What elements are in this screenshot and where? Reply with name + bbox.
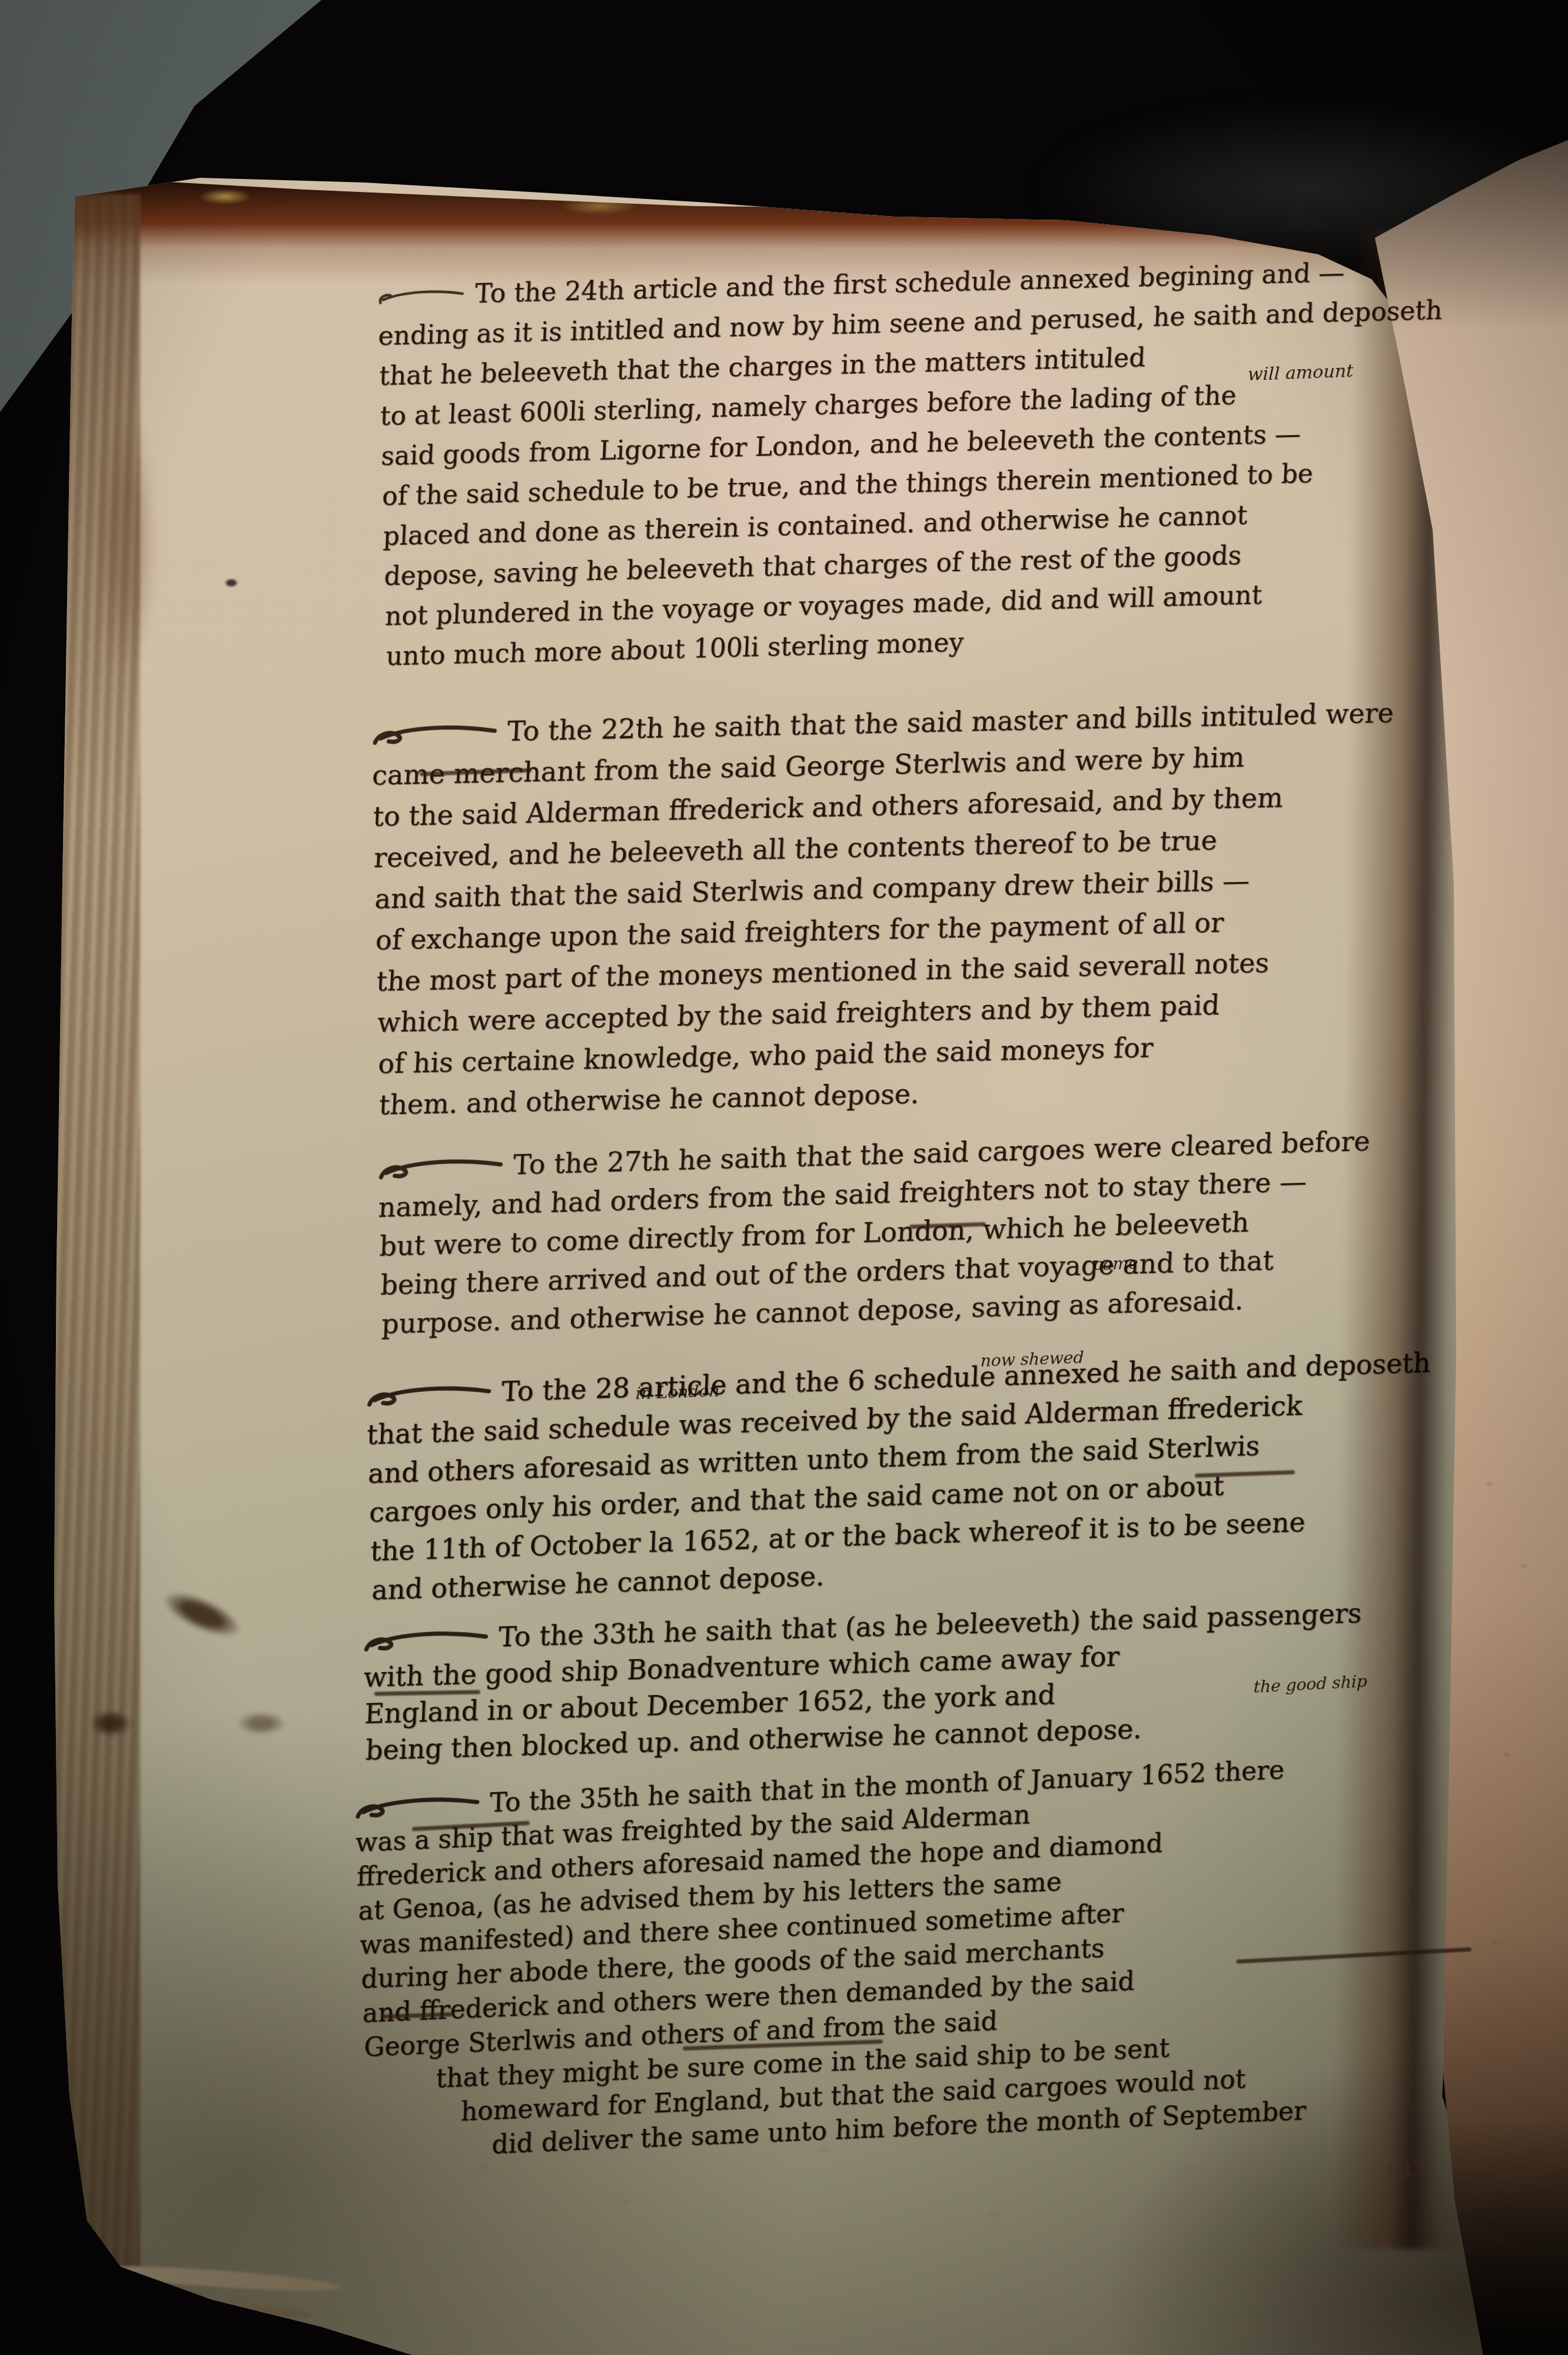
interline-insertion: came — [1093, 1253, 1138, 1275]
ink-stain — [82, 1705, 139, 1742]
paragraph-flourish-icon — [377, 284, 466, 310]
deposition-paragraph-27: To the 27th he saith that the said cargo… — [377, 1119, 1488, 1344]
interline-insertion: in London — [635, 1381, 720, 1404]
ms-line-text: them. and otherwise he cannot depose. — [378, 1078, 920, 1121]
paragraph-flourish-icon — [365, 1382, 492, 1410]
paragraph-flourish-icon — [377, 1156, 504, 1183]
ink-stain — [142, 1572, 262, 1656]
bottom-page-edges — [88, 2261, 342, 2296]
paragraph-flourish-icon — [362, 1628, 490, 1655]
bottom-page-edges — [100, 2286, 313, 2322]
manuscript-photo: To the 24th article and the first schedu… — [0, 0, 1568, 2355]
paragraph-flourish-icon — [354, 1793, 481, 1822]
ink-stain — [228, 1707, 294, 1739]
deposition-paragraph-24: To the 24th article and the first schedu… — [377, 250, 1493, 677]
interline-insertion: will amount — [1247, 361, 1354, 385]
ink-speck — [222, 577, 240, 589]
margin-smudge — [88, 377, 165, 706]
deposition-paragraph-22: To the 22th he saith that the said maste… — [371, 691, 1486, 1126]
paragraph-flourish-icon — [371, 722, 499, 748]
right-page-specks — [1471, 1413, 1566, 2061]
interline-insertion: now shewed — [980, 1348, 1084, 1371]
deposition-paragraph-28: To the 28 article and the 6 schedule ann… — [365, 1342, 1479, 1610]
